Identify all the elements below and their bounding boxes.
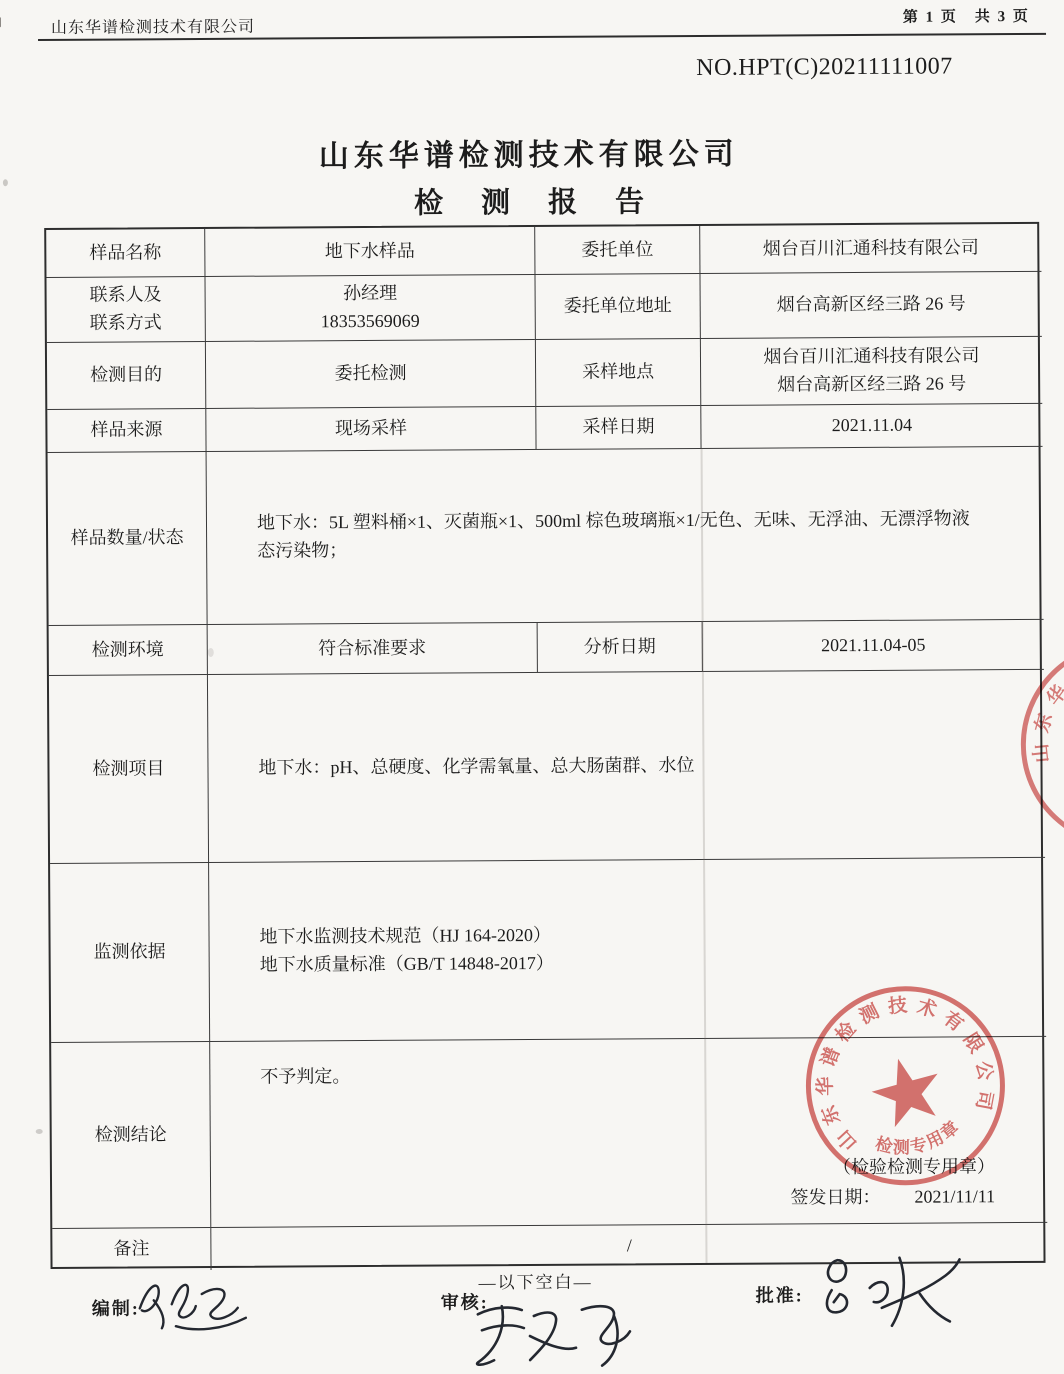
header-page-number: 第 1 页 共 3 页 [903,5,1030,27]
label-sampling-site: 采样地点 [535,338,700,406]
value-sampling-date: 2021.11.04 [700,403,1042,448]
value-client: 烟台百川汇通科技有限公司 [699,224,1041,273]
reviewed-by-label: 审核: [441,1288,489,1314]
label-sample-name: 样品名称 [46,229,204,277]
basis-line2: 地下水质量标准（GB/T 14848-2017） [260,950,554,980]
approved-by-label: 批准: [756,1281,804,1307]
label-test-purpose: 检测目的 [47,341,205,409]
issue-date-label: 签发日期： [790,1187,880,1208]
scan-speck [0,17,1,27]
value-sample-source: 现场采样 [205,406,535,451]
value-contact-phone: 18353569069 [321,308,420,336]
value-contact-name: 孙经理 [321,280,420,308]
label-monitoring-basis: 监测依据 [50,862,209,1042]
value-sample-name: 地下水样品 [204,227,534,276]
label-analysis-date: 分析日期 [537,621,702,672]
conclusion-bottom: （检验检测专用章） 签发日期：2021/11/11 [211,1151,1047,1227]
label-sample-quantity: 样品数量/状态 [48,451,207,625]
label-sample-source: 样品来源 [47,408,205,452]
label-test-conclusion: 检测结论 [51,1041,210,1228]
conclusion-text: 不予判定。 [210,1037,1046,1092]
title-company: 山东华谱检测技术有限公司 [0,127,1061,177]
value-test-conclusion: 不予判定。 （检验检测专用章） 签发日期：2021/11/11 [209,1036,1047,1227]
value-analysis-date: 2021.11.04-05 [702,619,1044,671]
issue-date-value: 2021/11/11 [914,1187,995,1207]
basis-line1: 地下水监测技术规范（HJ 164-2020） [259,922,553,952]
seal-caption: （检验检测专用章） [211,1151,995,1186]
issue-date-line: 签发日期：2021/11/11 [211,1182,995,1217]
label-client-address: 委托单位地址 [534,273,699,339]
value-client-address: 烟台高新区经三路 26 号 [699,271,1041,338]
label-contact: 联系人及联系方式 [46,276,204,342]
label-test-items: 检测项目 [49,674,208,863]
scanned-report-page: 山东华谱检测技术有限公司 第 1 页 共 3 页 NO.HPT(C)202111… [0,0,1064,1374]
value-contact: 孙经理18353569069 [204,274,534,341]
title-report: 检测报告 [0,177,1061,224]
label-contact-line1: 联系人及 [90,281,162,309]
value-sampling-site-line2: 烟台高新区经三路 26 号 [764,370,980,399]
value-remarks: / [210,1222,1047,1270]
signature-reviewed [464,1295,644,1374]
value-test-items: 地下水：pH、总硬度、化学需氧量、总大肠菌群、水位 [207,669,1045,862]
label-sampling-date: 采样日期 [535,405,700,449]
header-company-name: 山东华谱检测技术有限公司 [51,14,255,38]
label-remarks: 备注 [52,1227,210,1271]
prepared-by-label: 编制: [92,1294,140,1320]
label-client: 委托单位 [534,226,699,274]
value-test-purpose: 委托检测 [205,339,535,408]
value-sample-quantity: 地下水：5L 塑料桶×1、灭菌瓶×1、500ml 棕色玻璃瓶×1/无色、无味、无… [206,446,1044,624]
report-number: NO.HPT(C)20211111007 [696,53,953,82]
scan-speck [36,1129,43,1134]
value-sampling-site: 烟台百川汇通科技有限公司烟台高新区经三路 26 号 [700,336,1042,405]
label-test-environment: 检测环境 [49,624,207,675]
report-table: 样品名称 地下水样品 委托单位 烟台百川汇通科技有限公司 联系人及联系方式 孙经… [44,222,1045,1269]
blank-below-note: —以下空白— [4,1265,1064,1296]
label-contact-line2: 联系方式 [90,309,162,337]
value-monitoring-basis: 地下水监测技术规范（HJ 164-2020）地下水质量标准（GB/T 14848… [208,857,1046,1041]
page-content: 山东华谱检测技术有限公司 第 1 页 共 3 页 NO.HPT(C)202111… [0,0,1064,1374]
value-test-environment: 符合标准要求 [207,622,537,674]
value-sampling-site-line1: 烟台百川汇通科技有限公司 [763,342,979,371]
